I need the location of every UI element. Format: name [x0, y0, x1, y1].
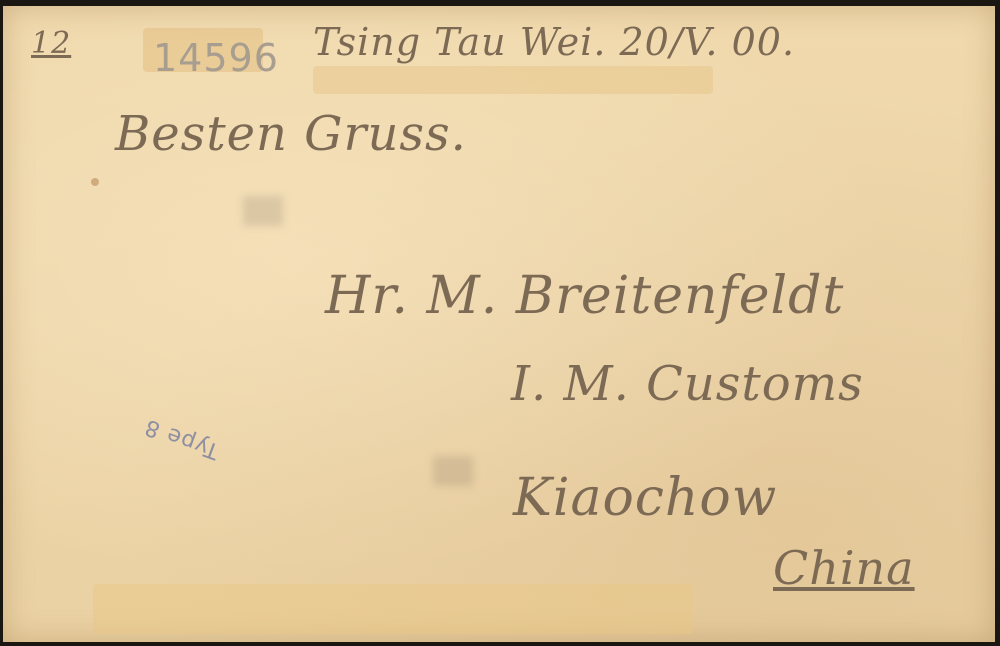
place-and-date: Tsing Tau Wei. 20/V. 00.: [313, 20, 795, 64]
foxing-spot: [91, 178, 99, 186]
postcard: 12 14596 Tsing Tau Wei. 20/V. 00. Besten…: [3, 6, 995, 642]
paper-stain: [313, 66, 713, 94]
ink-smudge: [243, 196, 283, 226]
paper-stain: [93, 584, 693, 634]
type-note: Type 8: [141, 413, 222, 463]
address-country: China: [773, 541, 915, 595]
greeting: Besten Gruss.: [115, 106, 467, 162]
lot-number: 12: [31, 26, 71, 61]
reference-number: 14596: [153, 36, 279, 80]
ink-smudge: [433, 456, 473, 486]
address-city: Kiaochow: [513, 468, 777, 528]
address-recipient: Hr. M. Breitenfeldt: [325, 266, 844, 326]
address-line-customs: I. M. Customs: [511, 356, 864, 412]
